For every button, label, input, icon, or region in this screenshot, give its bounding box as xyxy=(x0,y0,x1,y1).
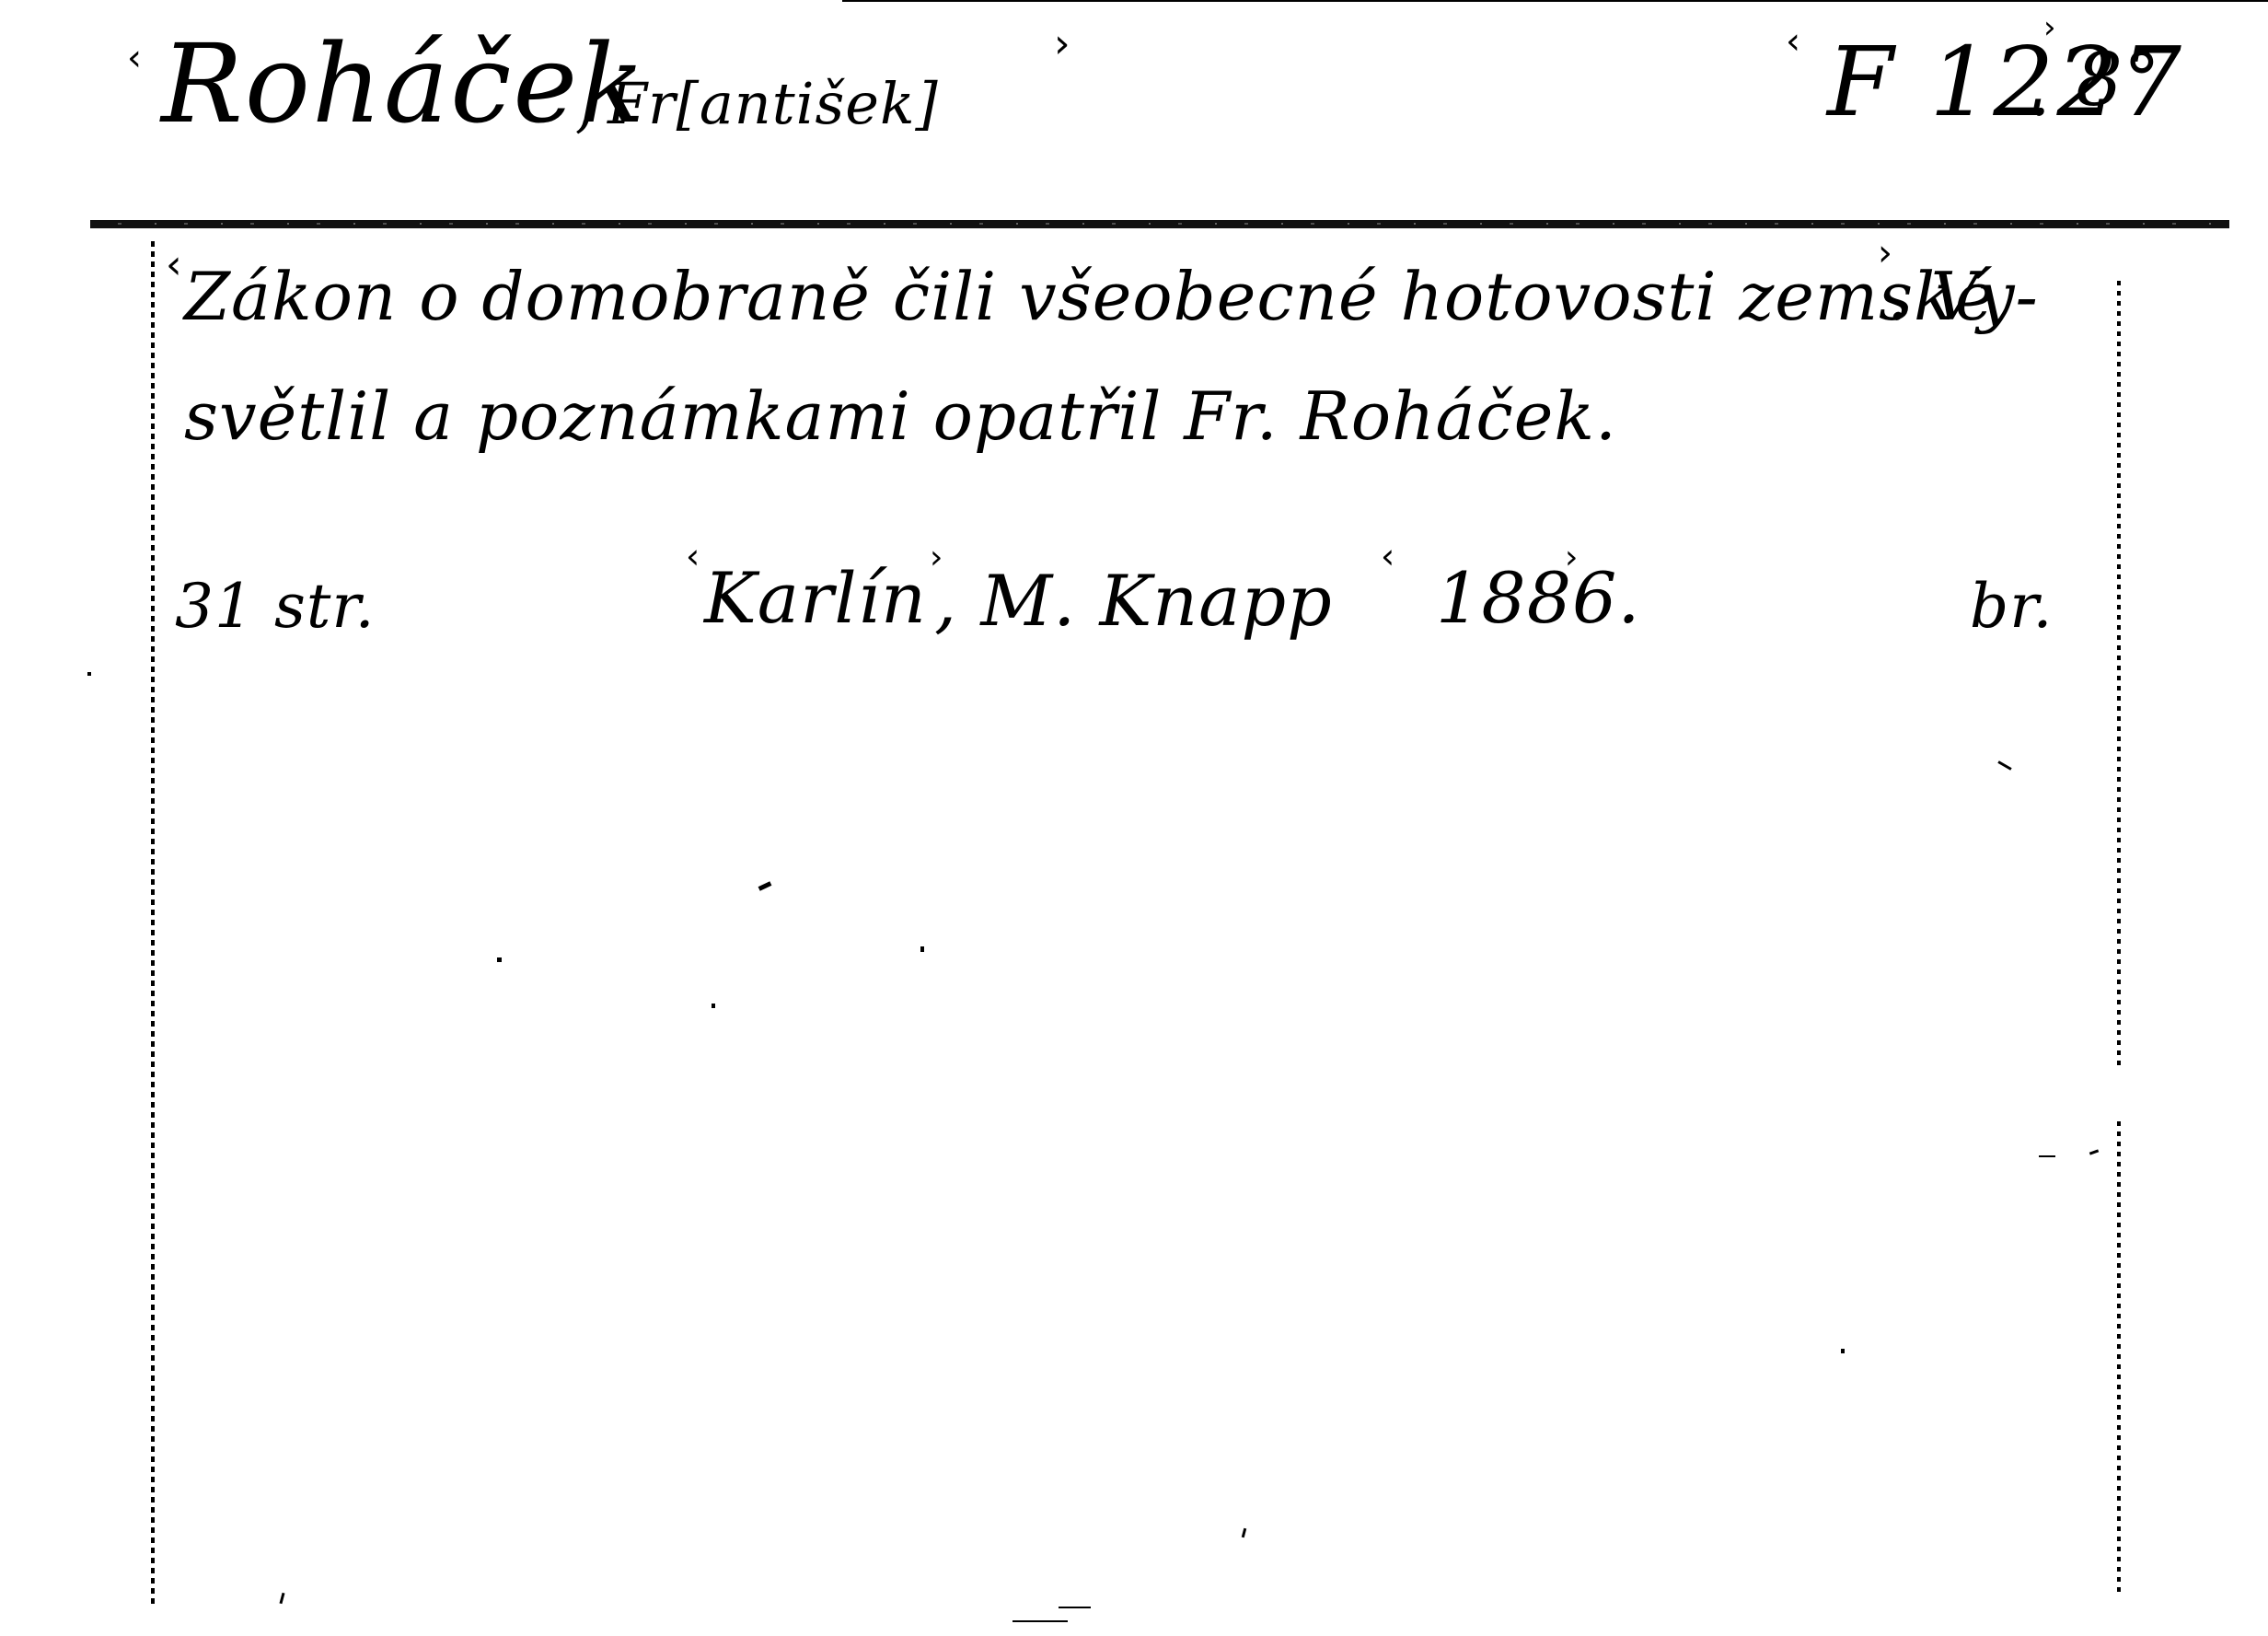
scan-speck xyxy=(497,957,502,962)
year-close-marker: › xyxy=(1565,539,1578,576)
publication-place: Karlín xyxy=(704,557,927,639)
scan-speck xyxy=(712,1004,715,1008)
top-edge-rule xyxy=(842,0,2268,2)
right-margin-line xyxy=(2117,281,2121,1593)
call-number-separator: . xyxy=(2030,55,2051,131)
publication-year: 1886. xyxy=(1436,557,1641,639)
author-separator: , xyxy=(575,75,594,140)
scan-speck xyxy=(1059,1607,1091,1608)
author-close-marker: › xyxy=(1054,20,1070,67)
title-line-2: světlil a poznámkami opatřil Fr. Roháček… xyxy=(184,377,1617,455)
author-surname: Roháček xyxy=(161,20,647,147)
scan-speck xyxy=(87,672,91,676)
format-marker: › xyxy=(2043,9,2056,46)
scan-speck xyxy=(2089,1149,2099,1154)
scan-speck xyxy=(279,1593,284,1604)
binding: br. xyxy=(1970,571,2054,642)
publisher: , M. Knapp xyxy=(934,560,1333,642)
call-number-open-marker: ‹ xyxy=(1786,20,1800,63)
author-given-name: Fr[antišek] xyxy=(607,70,939,137)
scan-speck xyxy=(1012,1620,1068,1622)
scan-speck xyxy=(758,881,772,890)
title-line-1-tail: . Vy- xyxy=(1887,258,2039,335)
left-margin-line xyxy=(151,241,155,1604)
catalog-card: ‹ Roháček , Fr[antišek] › ‹ F 1227 . 8° … xyxy=(0,0,2268,1636)
title-line-1: Zákon o domobraně čili všeobecné hotovos… xyxy=(184,258,1995,335)
year-open-marker: ‹ xyxy=(1381,536,1394,576)
author-open-marker: ‹ xyxy=(127,37,142,79)
format-size: 8° xyxy=(2076,37,2161,122)
scan-speck xyxy=(1997,760,2011,771)
page-count: 31 str. xyxy=(175,571,376,642)
scan-speck xyxy=(920,946,924,952)
scan-speck xyxy=(1841,1349,1845,1353)
title-open-marker: ‹ xyxy=(166,241,182,288)
place-open-marker: ‹ xyxy=(686,536,700,576)
heading-rule xyxy=(90,220,2229,228)
scan-speck xyxy=(2039,1155,2055,1157)
scan-speck xyxy=(1242,1528,1246,1537)
